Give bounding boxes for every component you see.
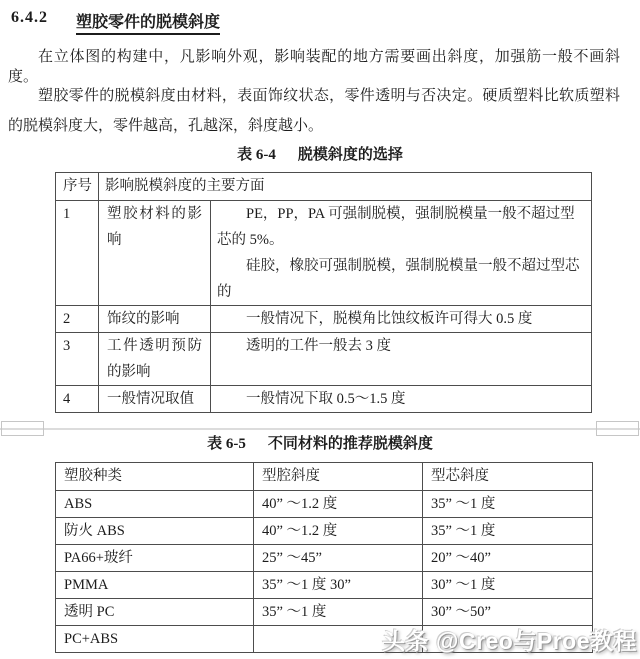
table-row: 4 一般情况取值 一般情况下取 0.5～1.5 度: [56, 386, 592, 413]
description-paragraph: 一般情况下，脱模角比蚀纹板许可得大 0.5 度: [217, 306, 585, 332]
cell-core-draft: 30” ～50”: [423, 599, 593, 626]
table2-caption-label: 表 6-5: [207, 432, 246, 453]
cell-cavity-draft: 40” ～1.2 度: [254, 491, 423, 518]
table1-caption-title: 脱模斜度的选择: [298, 143, 403, 164]
table1-caption-label: 表 6-4: [237, 143, 276, 164]
cell-aspect: 工件透明预防的影响: [99, 333, 211, 386]
table2-caption: 表 6-5 不同材料的推荐脱模斜度: [0, 432, 640, 453]
header-cell-cavity-draft: 型腔斜度: [254, 463, 423, 491]
cell-aspect: 饰纹的影响: [99, 306, 211, 333]
header-cell-core-draft: 型芯斜度: [423, 463, 593, 491]
header-cell-main-aspects: 影响脱模斜度的主要方面: [99, 173, 592, 201]
cell-core-draft: 30” ～1 度: [423, 572, 593, 599]
cell-cavity-draft: 35” ～1 度 30”: [254, 572, 423, 599]
description-paragraph: 透明的工件一般去 3 度: [217, 333, 585, 359]
cell-aspect: 塑胶材料的影响: [99, 201, 211, 306]
cell-aspect: 一般情况取值: [99, 386, 211, 413]
description-paragraph: 一般情况下取 0.5～1.5 度: [217, 386, 585, 412]
table-row: 透明 PC 35” ～1 度 30” ～50”: [56, 599, 593, 626]
description-paragraph: PE，PP，PA 可强制脱模，强制脱模量一般不超过型芯的 5%。: [217, 201, 585, 253]
section-title: 塑胶零件的脱模斜度: [76, 9, 220, 35]
section-heading: 6.4.2 塑胶零件的脱模斜度: [11, 9, 220, 35]
table-row: 防火 ABS 40” ～1.2 度 35” ～1 度: [56, 518, 593, 545]
table-row: PMMA 35” ～1 度 30” 30” ～1 度: [56, 572, 593, 599]
cell-core-draft: 35” ～1 度: [423, 491, 593, 518]
cell-material: 防火 ABS: [56, 518, 254, 545]
cell-core-draft: 20” ～40”: [423, 545, 593, 572]
cell-material: PC+ABS: [56, 626, 254, 653]
cell-no: 4: [56, 386, 99, 413]
table-row: 3 工件透明预防的影响 透明的工件一般去 3 度: [56, 333, 592, 386]
header-cell-plastic-type: 塑胶种类: [56, 463, 254, 491]
cell-description: PE，PP，PA 可强制脱模，强制脱模量一般不超过型芯的 5%。 硅胶，橡胶可强…: [211, 201, 592, 306]
cell-description: 一般情况下，脱模角比蚀纹板许可得大 0.5 度: [211, 306, 592, 333]
document-page: 6.4.2 塑胶零件的脱模斜度 在立体图的构建中，凡影响外观，影响装配的地方需要…: [0, 0, 640, 659]
cell-core-draft: 35” ～1 度: [423, 518, 593, 545]
description-paragraph: 硅胶，橡胶可强制脱模，强制脱模量一般不超过型芯的: [217, 253, 585, 305]
table1-caption: 表 6-4 脱模斜度的选择: [0, 143, 640, 164]
table-row: PA66+玻纤 25” ～45” 20” ～40”: [56, 545, 593, 572]
section-number: 6.4.2: [11, 9, 48, 35]
table-header-row: 序号 影响脱模斜度的主要方面: [56, 173, 592, 201]
paragraph-2: 塑胶零件的脱模斜度由材料，表面饰纹状态，零件透明与否决定。硬质塑料比软质塑料的脱…: [8, 81, 620, 141]
watermark: 头条 @Creo与Proe教程: [382, 623, 637, 656]
cell-no: 1: [56, 201, 99, 306]
cell-material: PA66+玻纤: [56, 545, 254, 572]
table-row: 2 饰纹的影响 一般情况下，脱模角比蚀纹板许可得大 0.5 度: [56, 306, 592, 333]
cell-cavity-draft: 35” ～1 度: [254, 599, 423, 626]
page-divider-line: [0, 428, 640, 430]
table-row: 1 塑胶材料的影响 PE，PP，PA 可强制脱模，强制脱模量一般不超过型芯的 5…: [56, 201, 592, 306]
table2-caption-title: 不同材料的推荐脱模斜度: [268, 432, 433, 453]
header-cell-no: 序号: [56, 173, 99, 201]
cell-material: PMMA: [56, 572, 254, 599]
cell-description: 透明的工件一般去 3 度: [211, 333, 592, 386]
cell-material: 透明 PC: [56, 599, 254, 626]
table-row: ABS 40” ～1.2 度 35” ～1 度: [56, 491, 593, 518]
cell-material: ABS: [56, 491, 254, 518]
cell-no: 3: [56, 333, 99, 386]
cell-no: 2: [56, 306, 99, 333]
cell-cavity-draft: 40” ～1.2 度: [254, 518, 423, 545]
cell-cavity-draft: 25” ～45”: [254, 545, 423, 572]
cell-description: 一般情况下取 0.5～1.5 度: [211, 386, 592, 413]
table-header-row: 塑胶种类 型腔斜度 型芯斜度: [56, 463, 593, 491]
table-draft-angle-selection: 序号 影响脱模斜度的主要方面 1 塑胶材料的影响 PE，PP，PA 可强制脱模，…: [55, 172, 592, 413]
